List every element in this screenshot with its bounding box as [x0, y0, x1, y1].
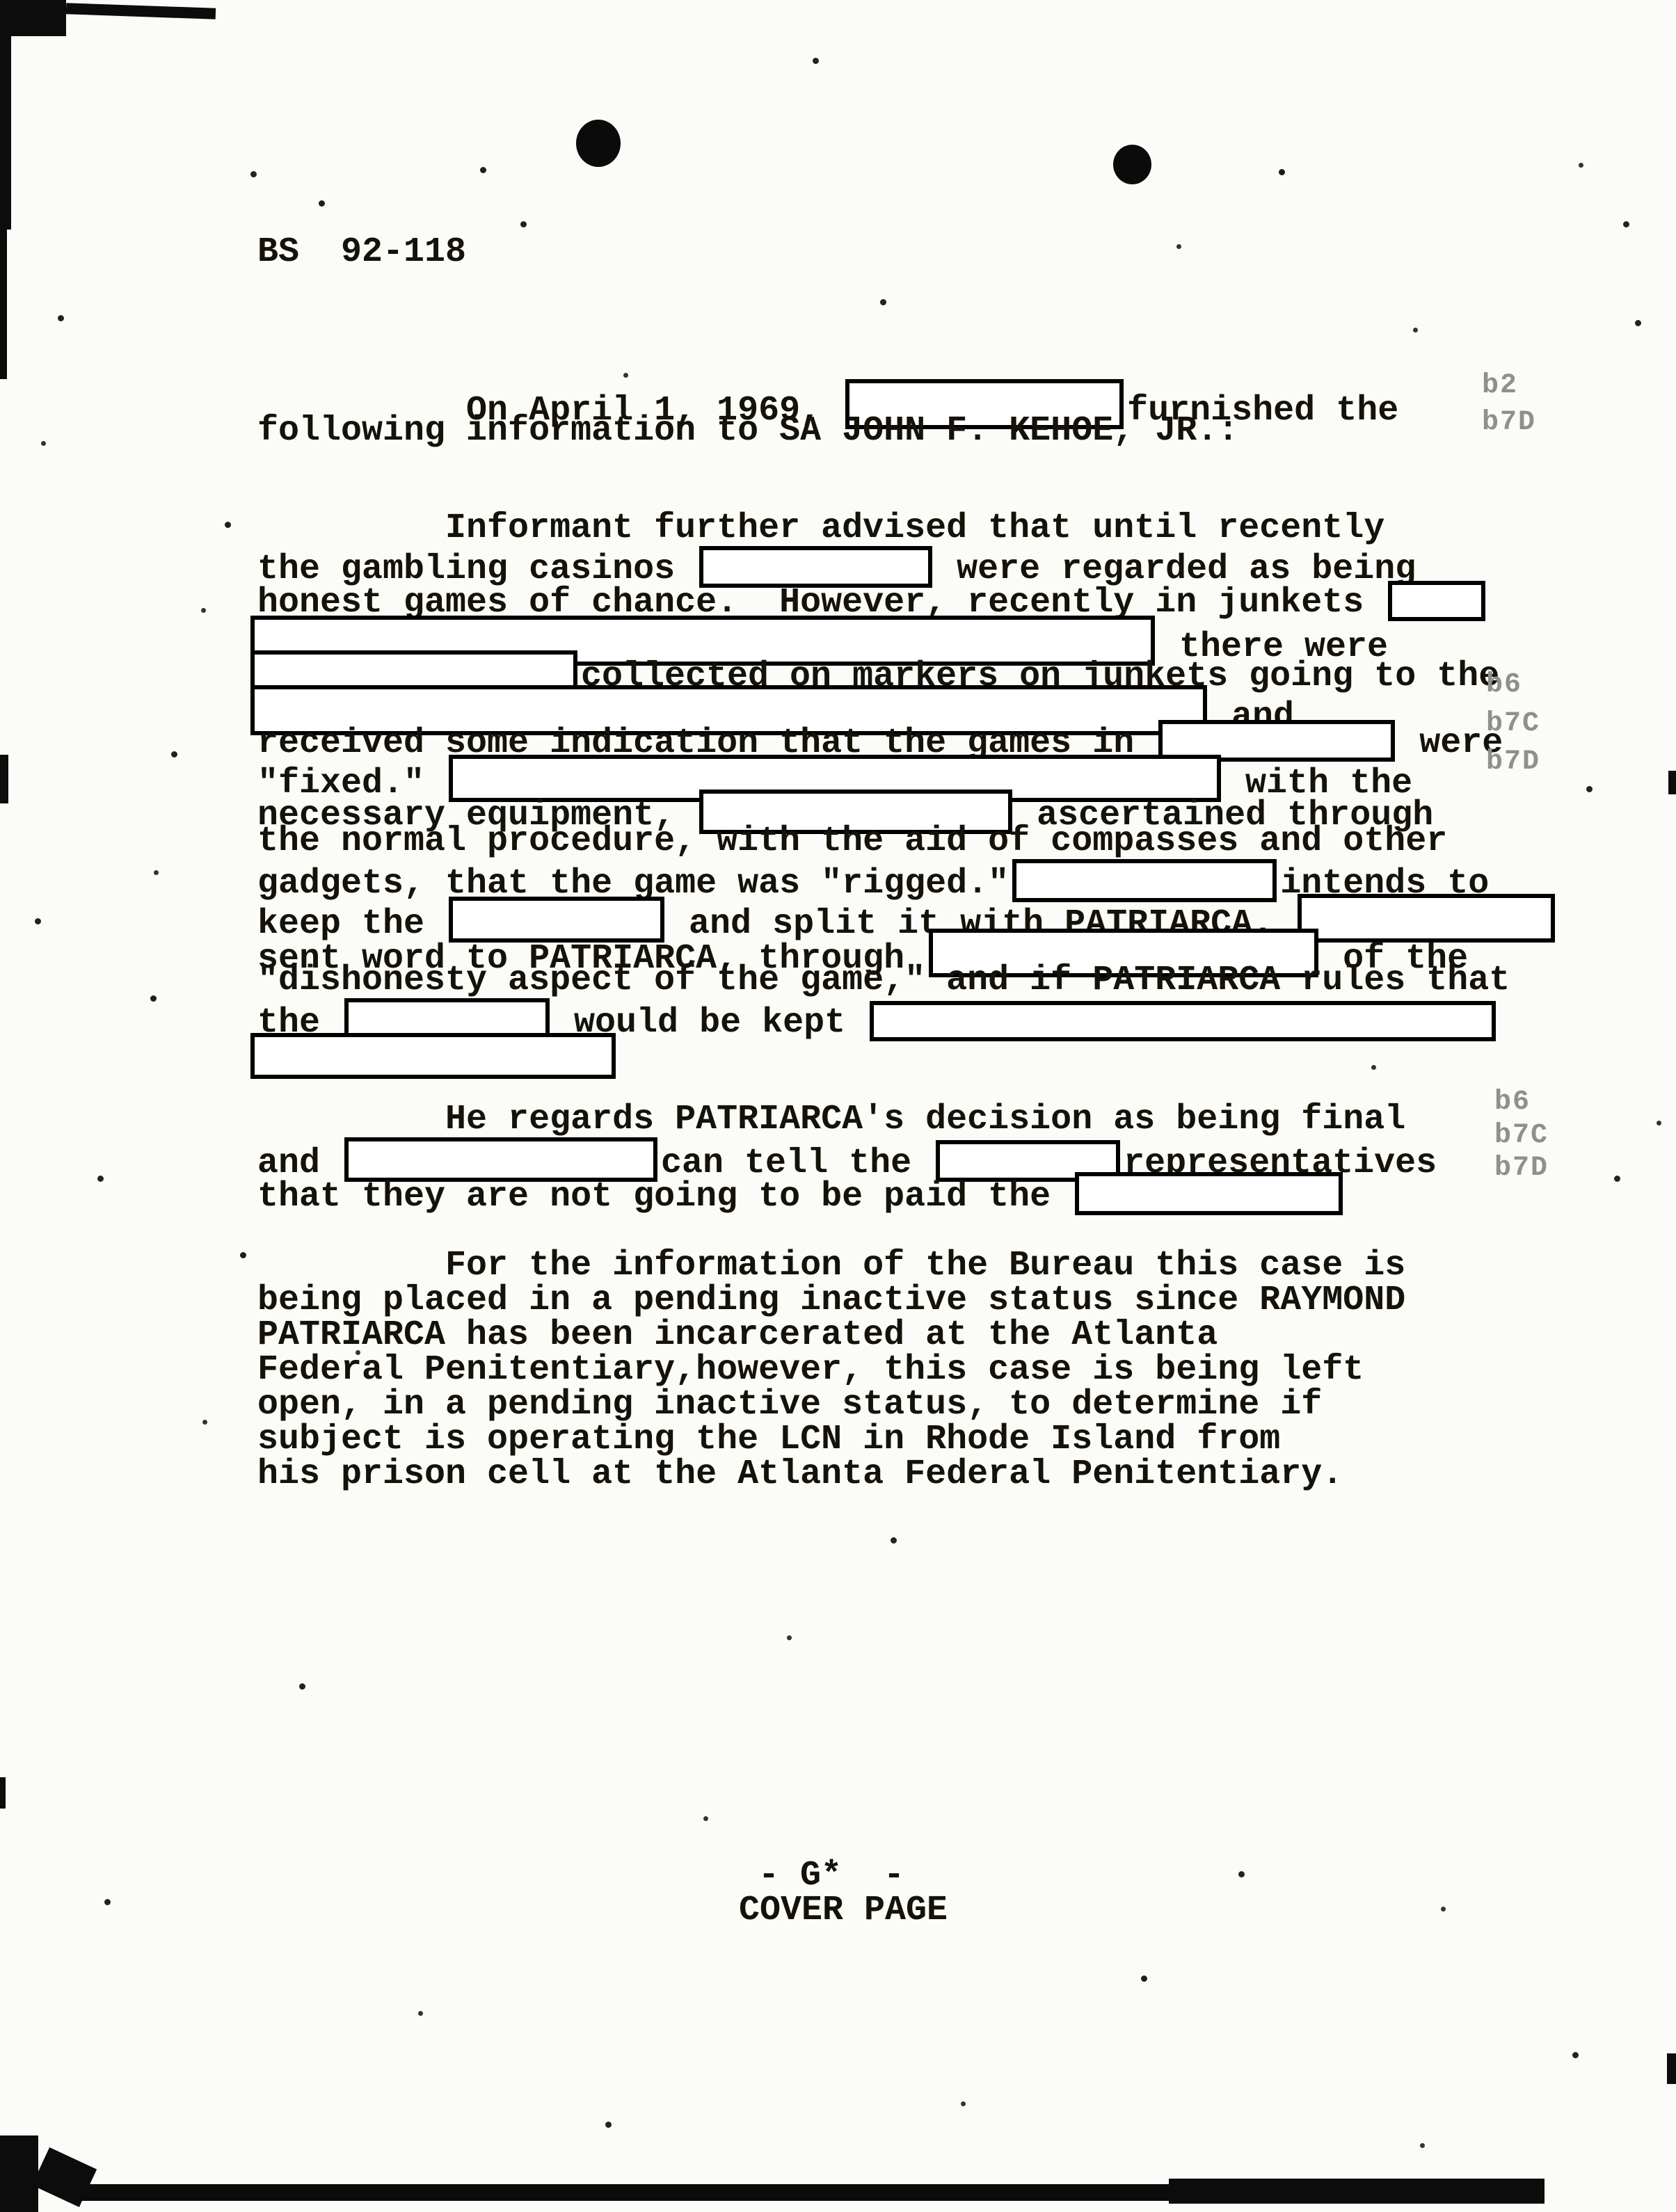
text-segment: open, in a pending inactive status, to d…: [257, 1385, 1322, 1425]
text-segment: PATRIARCA has been incarcerated at the A…: [257, 1315, 1218, 1355]
document-line: open, in a pending inactive status, to d…: [257, 1388, 1322, 1422]
hole-punch: [1113, 145, 1151, 184]
text-segment: his prison cell at the Atlanta Federal P…: [257, 1454, 1343, 1494]
document-line: being placed in a pending inactive statu…: [257, 1283, 1405, 1318]
scan-artifact: [66, 2184, 1169, 2201]
document-line: He regards PATRIARCA's decision as being…: [257, 1103, 1405, 1137]
text-segment: "dishonesty aspect of the game," and if …: [257, 961, 1510, 1000]
scan-artifact: [0, 230, 7, 379]
document-line: following information to SA JOHN F. KEHO…: [257, 414, 1238, 449]
document-page: BS 92-118 On April 1, 1969, furnished th…: [0, 0, 1676, 2212]
text-segment: He regards PATRIARCA's decision as being…: [257, 1100, 1405, 1139]
exemption-code: b7D: [1494, 1153, 1549, 1184]
text-segment: Federal Penitentiary,however, this case …: [257, 1350, 1364, 1390]
page-marker: - G* -: [758, 1859, 904, 1893]
document-line: "dishonesty aspect of the game," and if …: [257, 963, 1510, 998]
document-line: subject is operating the LCN in Rhode Is…: [257, 1422, 1280, 1457]
document-line: his prison cell at the Atlanta Federal P…: [257, 1457, 1343, 1492]
document-line: Informant further advised that until rec…: [257, 511, 1384, 546]
exemption-code: b2: [1482, 370, 1518, 401]
scan-artifact: [0, 755, 8, 803]
scan-artifact: [1667, 2053, 1676, 2084]
scan-artifact: [1169, 2179, 1545, 2204]
text-segment: the normal procedure, with the aid of co…: [257, 822, 1447, 861]
hole-punch: [576, 120, 621, 167]
exemption-code: b6: [1486, 669, 1522, 700]
document-line: PATRIARCA has been incarcerated at the A…: [257, 1318, 1218, 1353]
exemption-code: b6: [1494, 1087, 1531, 1118]
scan-artifact: [0, 1777, 6, 1809]
document-line: [247, 1033, 619, 1079]
text-segment: For the information of the Bureau this c…: [257, 1246, 1405, 1285]
text-segment: that they are not going to be paid the: [257, 1177, 1071, 1217]
scan-artifact: [0, 0, 66, 36]
text-segment: Informant further advised that until rec…: [257, 508, 1384, 548]
scan-artifact: [1668, 771, 1676, 794]
exemption-code: b7C: [1486, 708, 1540, 739]
text-segment: following information to SA JOHN F. KEHO…: [257, 411, 1238, 451]
scan-artifact: [0, 2135, 38, 2212]
document-line: the normal procedure, with the aid of co…: [257, 824, 1447, 859]
cover-page-label: COVER PAGE: [739, 1893, 948, 1928]
document-line: For the information of the Bureau this c…: [257, 1249, 1405, 1283]
document-line: that they are not going to be paid the: [257, 1172, 1346, 1215]
redaction-box: [870, 1001, 1496, 1041]
document-line: Federal Penitentiary,however, this case …: [257, 1353, 1364, 1388]
exemption-code: b7D: [1486, 746, 1540, 778]
scan-artifact: [66, 3, 216, 19]
exemption-code: b7D: [1482, 407, 1536, 438]
redaction-box: [250, 1033, 616, 1079]
redaction-box: [1075, 1172, 1343, 1215]
redaction-box: [1388, 581, 1485, 621]
case-number: BS 92-118: [257, 235, 466, 270]
exemption-code: b7C: [1494, 1120, 1549, 1151]
text-segment: being placed in a pending inactive statu…: [257, 1281, 1405, 1320]
text-segment: subject is operating the LCN in Rhode Is…: [257, 1420, 1280, 1459]
